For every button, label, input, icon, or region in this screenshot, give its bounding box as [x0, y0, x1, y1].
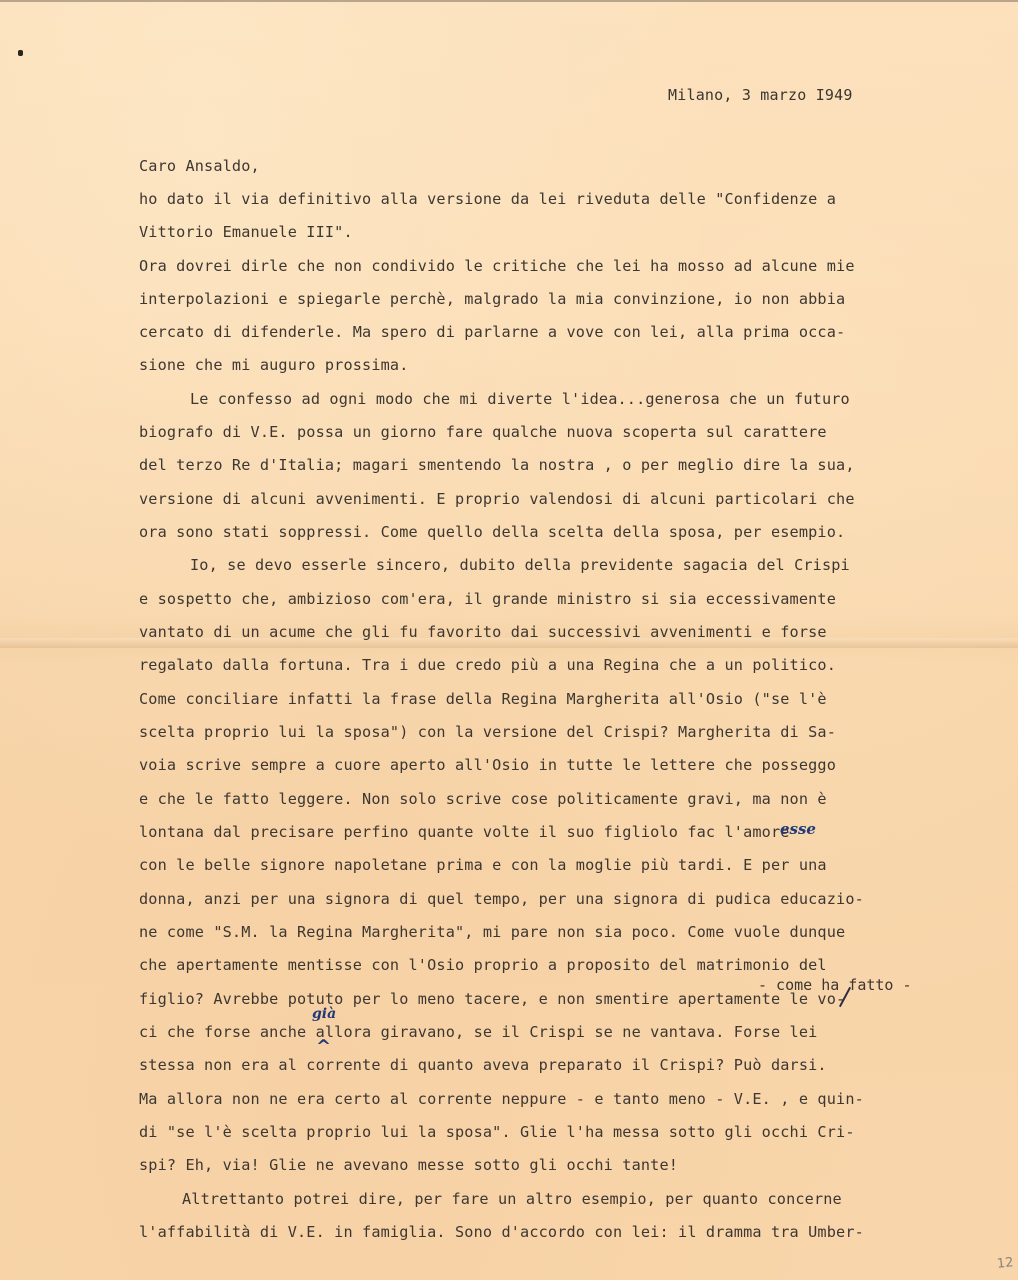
letter-line: del terzo Re d'Italia; magari smentendo …: [139, 455, 855, 475]
place-date: Milano, 3 marzo I949: [668, 86, 853, 104]
letter-line: stessa non era al corrente di quanto ave…: [139, 1055, 827, 1075]
handwritten-correction-esse: esse: [780, 820, 816, 838]
letter-line: donna, anzi per una signora di quel temp…: [139, 889, 864, 909]
letter-line: cercato di difenderle. Ma spero di parla…: [139, 322, 845, 342]
letter-line: regalato dalla fortuna. Tra i due credo …: [139, 655, 836, 675]
letter-line: Vittorio Emanuele III".: [139, 222, 353, 242]
letter-line: versione di alcuni avvenimenti. E propri…: [139, 489, 855, 509]
letter-line: biografo di V.E. possa un giorno fare qu…: [139, 422, 827, 442]
letter-line: sione che mi auguro prossima.: [139, 355, 409, 375]
letter-line: Ora dovrei dirle che non condivido le cr…: [139, 256, 855, 276]
letter-line: ci che forse anche allora giravano, se i…: [139, 1022, 817, 1042]
letter-line: vantato di un acume che gli fu favorito …: [139, 622, 827, 642]
handwritten-insertion-gia: già: [312, 1006, 336, 1022]
letter-line: scelta proprio lui la sposa") con la ver…: [139, 722, 836, 742]
letter-line: Come conciliare infatti la frase della R…: [139, 689, 827, 709]
letter-line: interpolazioni e spiegarle perchè, malgr…: [139, 289, 845, 309]
letter-line: Altrettanto potrei dire, per fare un alt…: [182, 1189, 842, 1209]
letter-line: ora sono stati soppressi. Come quello de…: [139, 522, 845, 542]
letter-line: lontana dal precisare perfino quante vol…: [139, 822, 790, 842]
letter-line: ne come "S.M. la Regina Margherita", mi …: [139, 922, 845, 942]
letter-line: e che le fatto leggere. Non solo scrive …: [139, 789, 827, 809]
letter-line: figlio? Avrebbe potuto per lo meno tacer…: [139, 989, 845, 1009]
letter-line: spi? Eh, via! Glie ne avevano messe sott…: [139, 1155, 678, 1175]
letter-line: Ma allora non ne era certo al corrente n…: [139, 1089, 864, 1109]
letter-line: voia scrive sempre a cuore aperto all'Os…: [139, 755, 836, 775]
letter-line: Le confesso ad ogni modo che mi diverte …: [190, 389, 850, 409]
page-number: 12: [996, 1255, 1014, 1272]
letter-line: che apertamente mentisse con l'Osio prop…: [139, 955, 827, 975]
page-top-edge: [0, 0, 1018, 2]
letter-line: l'affabilità di V.E. in famiglia. Sono d…: [139, 1222, 864, 1242]
ink-spot: [18, 50, 23, 56]
letter-line: ho dato il via definitivo alla versione …: [139, 189, 836, 209]
insertion-caret-mark: ^: [316, 1036, 331, 1057]
letter-line: con le belle signore napoletane prima e …: [139, 855, 827, 875]
letter-line: e sospetto che, ambizioso com'era, il gr…: [139, 589, 836, 609]
salutation: Caro Ansaldo,: [139, 156, 260, 176]
letter-line: di "se l'è scelta proprio lui la sposa".…: [139, 1122, 855, 1142]
letter-line: Io, se devo esserle sincero, dubito dell…: [190, 555, 850, 575]
